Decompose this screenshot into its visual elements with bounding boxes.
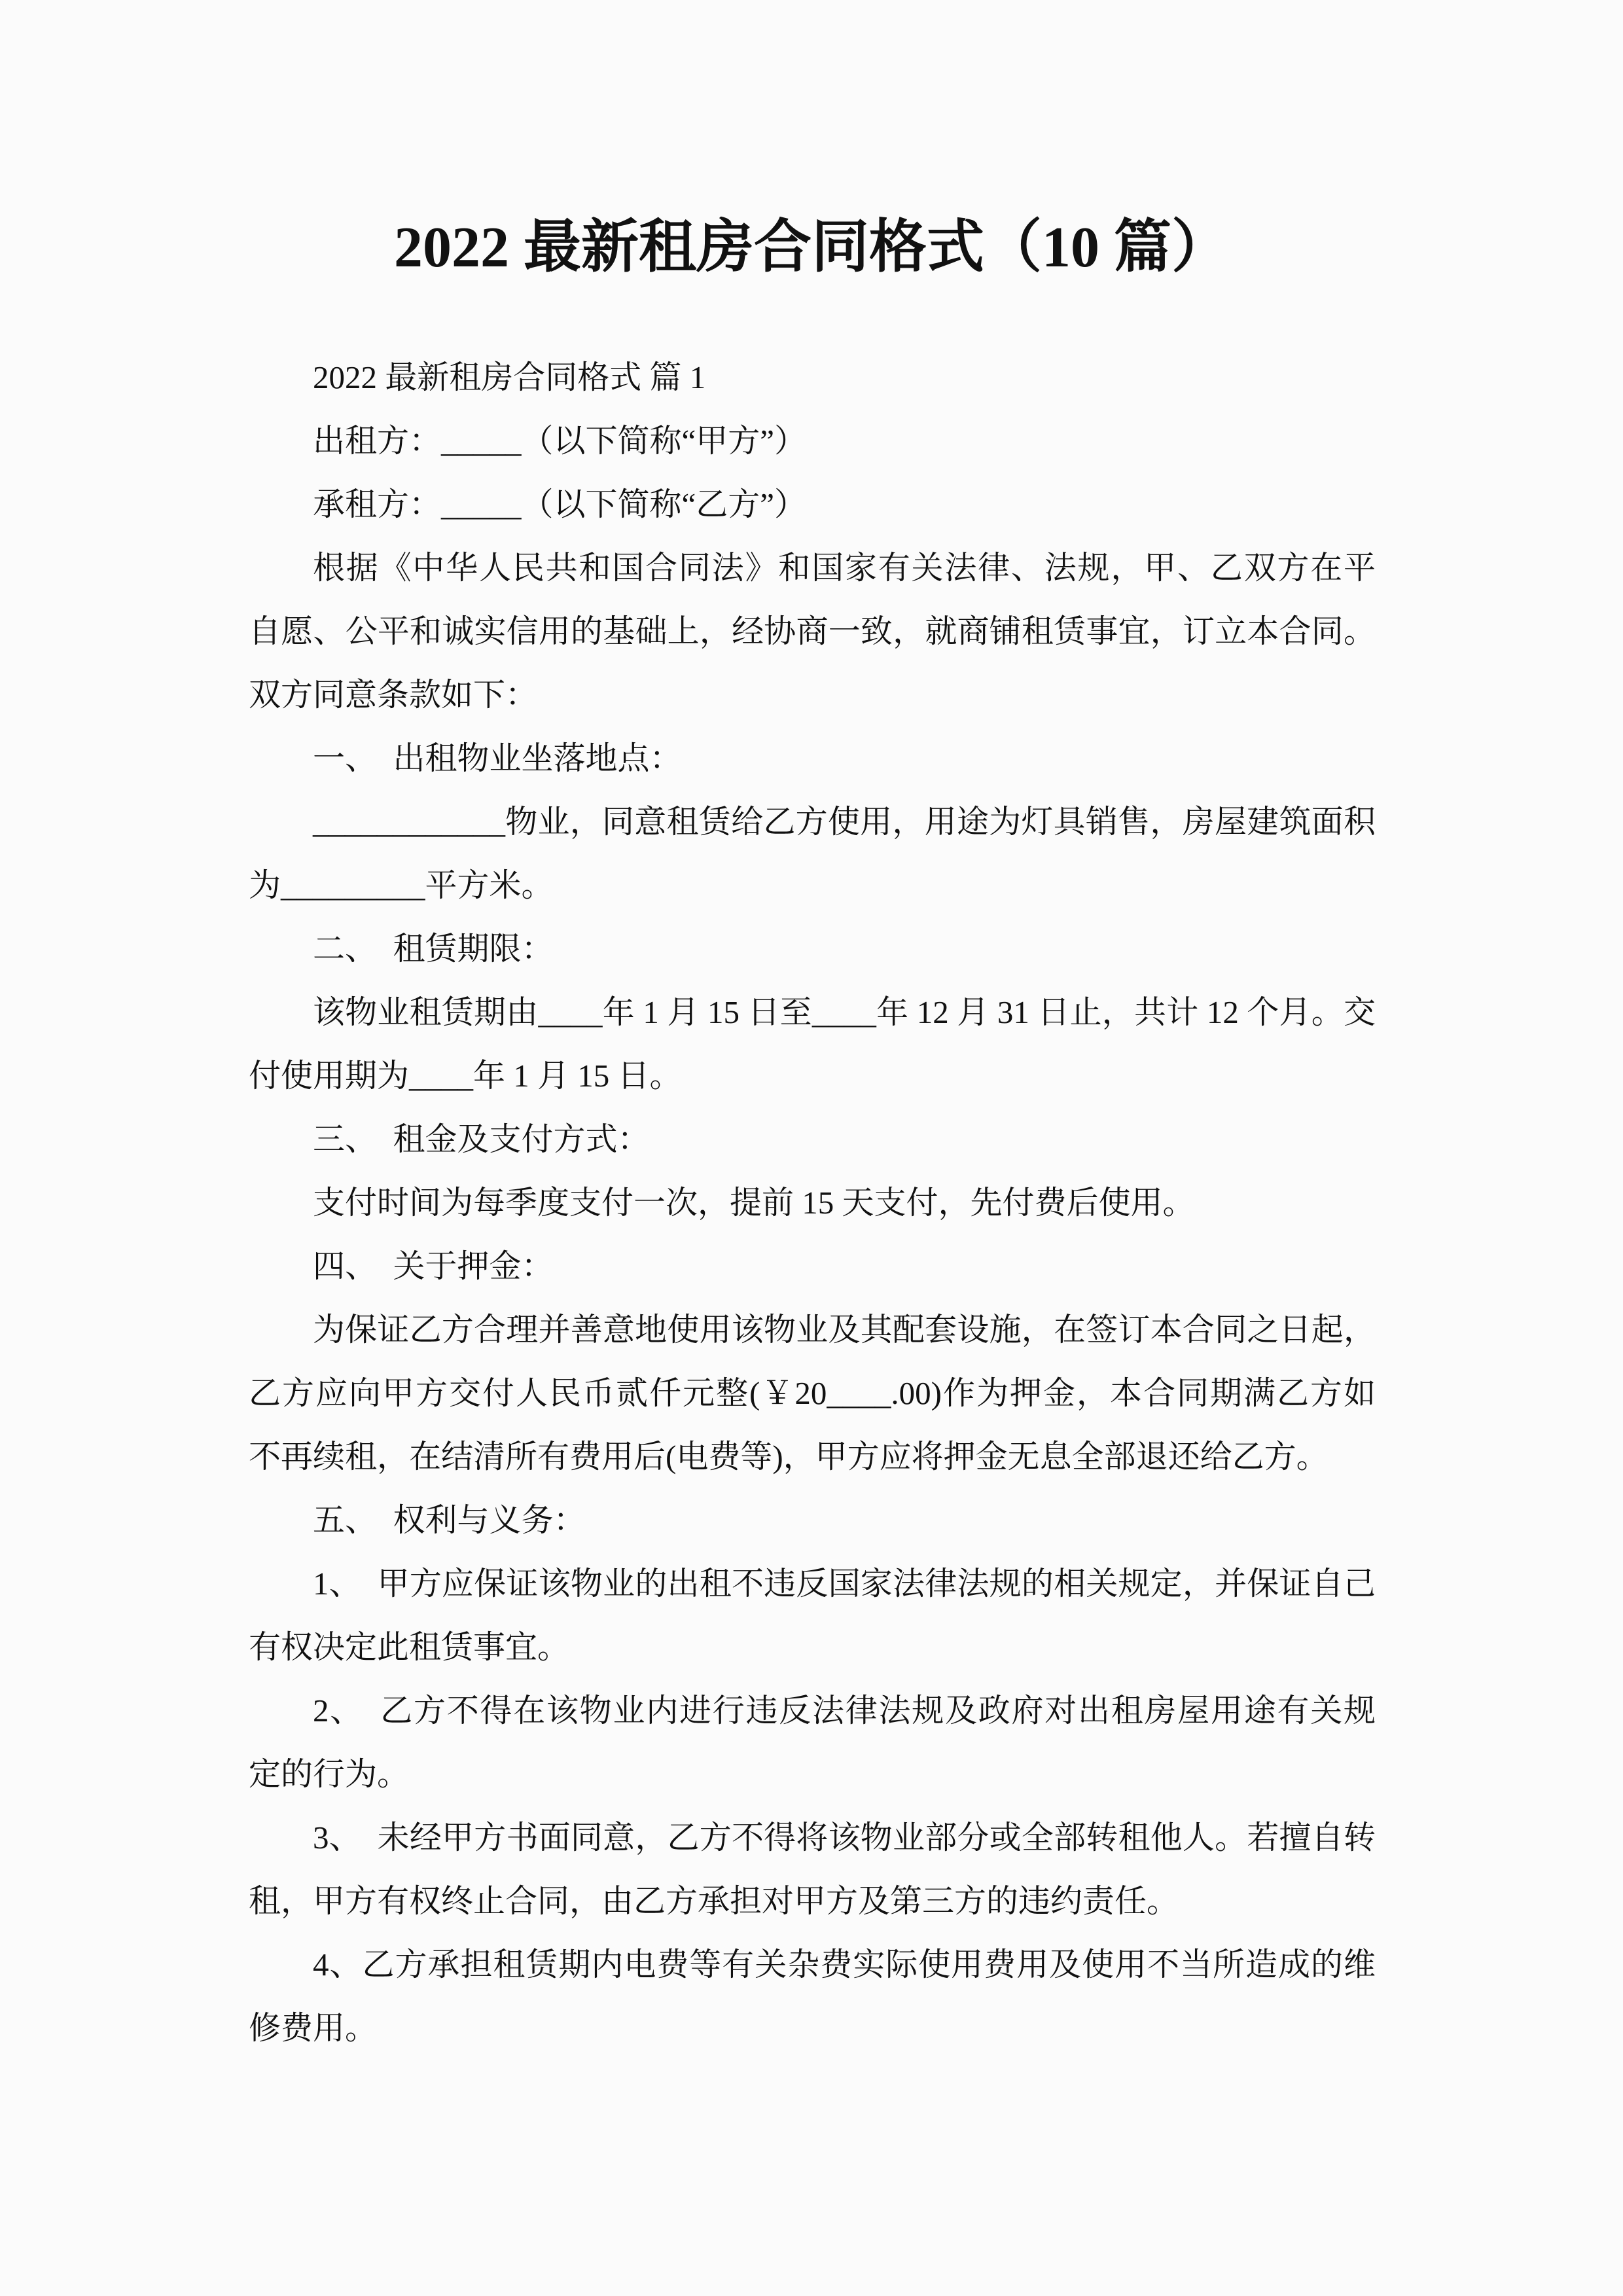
document-line: 二、 租赁期限：: [249, 917, 1376, 980]
document-line: 五、 权利与义务：: [249, 1488, 1376, 1552]
document-line: 2、 乙方不得在该物业内进行违反法律法规及政府对出租房屋用途有关规: [249, 1679, 1376, 1742]
document-line: 承租方：_____（以下简称“乙方”）: [249, 473, 1376, 536]
document-line: 四、 关于押金：: [249, 1234, 1376, 1298]
document-line: 有权决定此租赁事宜。: [249, 1615, 1376, 1679]
document-line: 支付时间为每季度支付一次，提前 15 天支付，先付费后使用。: [249, 1171, 1376, 1234]
document-line: 双方同意条款如下：: [249, 663, 1376, 726]
document-line: 出租方：_____（以下简称“甲方”）: [249, 409, 1376, 473]
document-line: 租，甲方有权终止合同，由乙方承担对甲方及第三方的违约责任。: [249, 1869, 1376, 1933]
document-line: 根据《中华人民共和国合同法》和国家有关法律、法规，甲、乙双方在平等、: [249, 536, 1376, 600]
document-line: 乙方应向甲方交付人民币贰仟元整(￥20____.00)作为押金，本合同期满乙方如: [249, 1361, 1376, 1425]
document-line: 4、乙方承担租赁期内电费等有关杂费实际使用费用及使用不当所造成的维: [249, 1933, 1376, 1996]
document-line: 2022 最新租房合同格式 篇 1: [249, 346, 1376, 409]
document-line: 修费用。: [249, 1996, 1376, 2060]
document-line: 3、 未经甲方书面同意，乙方不得将该物业部分或全部转租他人。若擅自转: [249, 1806, 1376, 1869]
document-line: 一、 出租物业坐落地点：: [249, 726, 1376, 790]
document-line: 三、 租金及支付方式：: [249, 1107, 1376, 1171]
document-line: 该物业租赁期由____年 1 月 15 日至____年 12 月 31 日止，共…: [249, 980, 1376, 1044]
document-line: 不再续租，在结清所有费用后(电费等)，甲方应将押金无息全部退还给乙方。: [249, 1425, 1376, 1488]
document-line: ____________物业，同意租赁给乙方使用，用途为灯具销售，房屋建筑面积: [249, 790, 1376, 853]
document-line: 为保证乙方合理并善意地使用该物业及其配套设施，在签订本合同之日起，: [249, 1298, 1376, 1361]
document-title: 2022 最新租房合同格式（10 篇）: [0, 208, 1623, 288]
document-line: 1、 甲方应保证该物业的出租不违反国家法律法规的相关规定，并保证自己: [249, 1552, 1376, 1615]
document-line: 付使用期为____年 1 月 15 日。: [249, 1044, 1376, 1107]
document-line: 自愿、公平和诚实信用的基础上，经协商一致，就商铺租赁事宜，订立本合同。: [249, 600, 1376, 663]
document-body: 2022 最新租房合同格式 篇 1出租方：_____（以下简称“甲方”）承租方：…: [249, 346, 1376, 2060]
document-page: 2022 最新租房合同格式（10 篇） 2022 最新租房合同格式 篇 1出租方…: [0, 0, 1623, 2296]
document-line: 定的行为。: [249, 1742, 1376, 1806]
document-line: 为_________平方米。: [249, 853, 1376, 917]
